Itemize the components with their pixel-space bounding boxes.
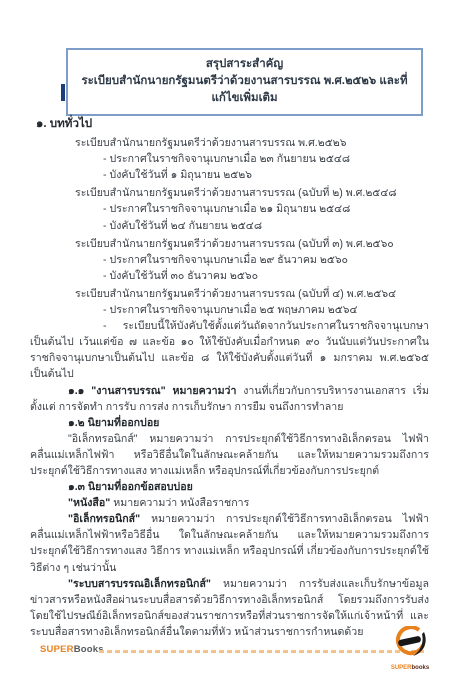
- regulation-bullet: - ประกาศในราชกิจจานุเบกษาเมื่อ ๒๑ มิถุนา…: [30, 201, 429, 217]
- superbooks-logo: SUPERbooks: [384, 626, 436, 672]
- subsection-heading: ๑.๒ นิยามที่ออกบ่อย: [30, 415, 429, 431]
- regulation-title: ระเบียบสำนักนายกรัฐมนตรีว่าด้วยงานสารบรร…: [30, 135, 429, 151]
- page-footer: SUPERBooks SUPERbooks: [0, 630, 452, 680]
- logo-label-books: books: [412, 665, 430, 671]
- footer-divider-dashes: [99, 650, 425, 653]
- document-title-line1: สรุปสาระสำคัญ: [74, 56, 415, 73]
- definition-paragraph: ๑.๑ "งานสารบรรณ" หมายความว่า งานที่เกี่ย…: [30, 383, 429, 415]
- definition-term: "หนังสือ": [68, 497, 110, 509]
- superbooks-logo-label: SUPERbooks: [384, 665, 436, 672]
- regulation-note: - ระเบียบนี้ให้บังคับใช้ตั้งแต่วันถัดจาก…: [30, 318, 429, 382]
- regulation-title: ระเบียบสำนักนายกรัฐมนตรีว่าด้วยงานสารบรร…: [30, 236, 429, 252]
- definition-paragraph: "หนังสือ" หมายความว่า หนังสือราชการ: [30, 495, 429, 511]
- regulation-bullet: - ประกาศในราชกิจจานุเบกษาเมื่อ ๒๕ พฤษภาค…: [30, 302, 429, 318]
- document-title-line2: ระเบียบสำนักนายกรัฐมนตรีว่าด้วยงานสารบรร…: [74, 73, 415, 107]
- superbooks-swoosh-icon: [391, 647, 429, 664]
- document-body: ๑. บททั่วไป ระเบียบสำนักนายกรัฐมนตรีว่าด…: [30, 116, 429, 640]
- section-heading: ๑. บททั่วไป: [30, 116, 429, 132]
- regulation-bullet: - ประกาศในราชกิจจานุเบกษาเมื่อ ๒๙ ธันวาค…: [30, 252, 429, 268]
- blue-caret-marker: [61, 84, 65, 101]
- regulation-title: ระเบียบสำนักนายกรัฐมนตรีว่าด้วยงานสารบรร…: [30, 286, 429, 302]
- definition-paragraph: "อิเล็กทรอนิกส์" หมายความว่า การประยุกต์…: [30, 511, 429, 575]
- regulation-bullet: - บังคับใช้วันที่ ๓๐ ธันวาคม ๒๕๖๐: [30, 268, 429, 284]
- definition-term: "อิเล็กทรอนิกส์": [68, 513, 140, 525]
- subsection-heading: ๑.๓ นิยามที่ออกข้อสอบบ่อย: [30, 479, 429, 495]
- definition-paragraph: "อิเล็กทรอนิกส์" หมายความว่า การประยุกต์…: [30, 431, 429, 479]
- regulation-bullet: - บังคับใช้วันที่ ๒๔ กันยายน ๒๕๔๘: [30, 218, 429, 234]
- definition-term: "ระบบสารบรรณอิเล็กทรอนิกส์": [68, 578, 211, 590]
- definition-text: หมายความว่า หนังสือราชการ: [110, 497, 249, 509]
- regulation-title: ระเบียบสำนักนายกรัฐมนตรีว่าด้วยงานสารบรร…: [30, 185, 429, 201]
- footer-brand-text: SUPERBooks: [40, 644, 104, 655]
- document-page: สรุปสาระสำคัญ ระเบียบสำนักนายกรัฐมนตรีว่…: [0, 0, 452, 684]
- regulation-bullet: - ประกาศในราชกิจจานุเบกษาเมื่อ ๒๓ กันยาย…: [30, 151, 429, 167]
- logo-label-super: SUPER: [391, 665, 412, 671]
- summary-title-box: สรุปสาระสำคัญ ระเบียบสำนักนายกรัฐมนตรีว่…: [66, 48, 423, 116]
- definition-text: "อิเล็กทรอนิกส์" หมายความว่า การประยุกต์…: [30, 433, 429, 477]
- footer-brand-super: SUPER: [40, 644, 74, 655]
- definition-term: ๑.๑ "งานสารบรรณ" หมายความว่า: [68, 385, 236, 397]
- regulation-bullet: - บังคับใช้วันที่ ๑ มิถุนายน ๒๕๒๖: [30, 167, 429, 183]
